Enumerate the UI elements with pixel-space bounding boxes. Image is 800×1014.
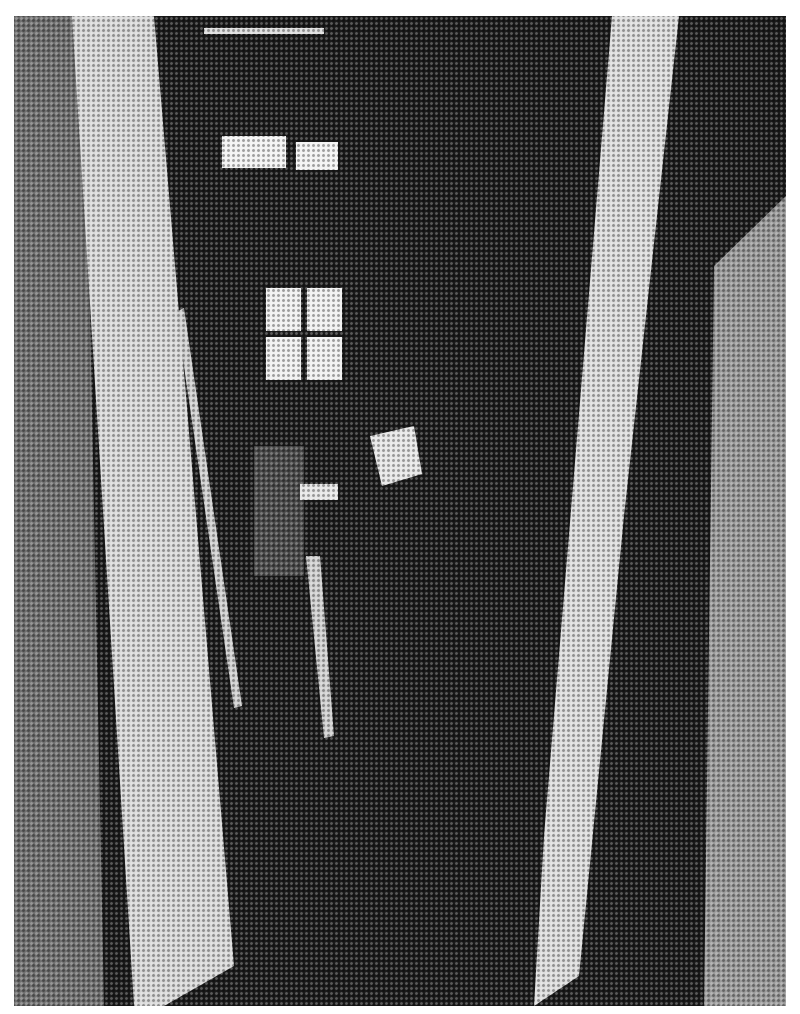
top-light-strip — [204, 28, 324, 34]
window-top-left — [222, 136, 286, 168]
right-column — [534, 16, 679, 1006]
scene — [14, 16, 786, 1006]
halftone-photograph — [14, 16, 786, 1006]
light-patch — [370, 426, 422, 486]
figure — [254, 446, 304, 576]
window-top-right — [296, 142, 338, 170]
light-block — [300, 484, 338, 500]
vertical-bar — [306, 556, 334, 738]
right-wall — [704, 196, 786, 1006]
